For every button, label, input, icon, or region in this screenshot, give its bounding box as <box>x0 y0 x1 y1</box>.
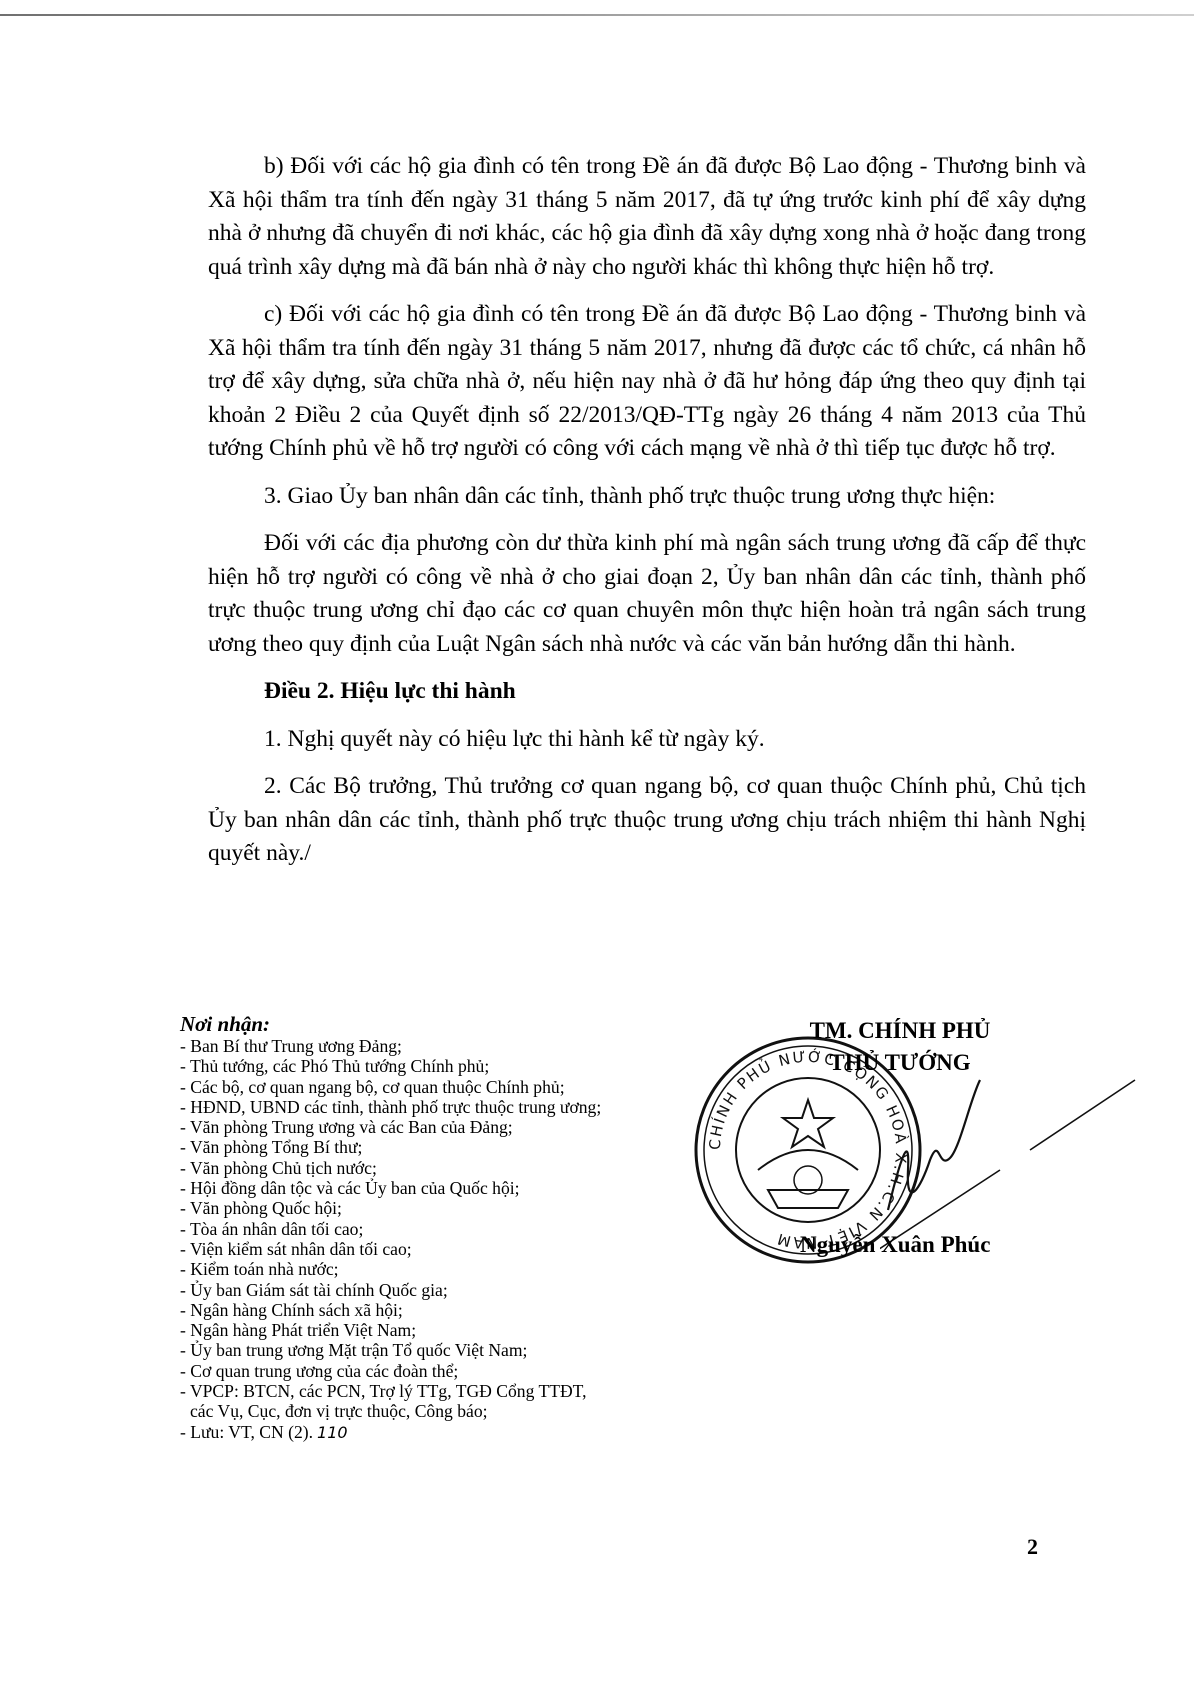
recipient-item: - VPCP: BTCN, các PCN, Trợ lý TTg, TGĐ C… <box>180 1381 740 1401</box>
signature-block: TM. CHÍNH PHỦ THỦ TƯỚNG <box>760 1015 1040 1079</box>
archive-line: - Lưu: VT, CN (2).110 <box>180 1422 740 1443</box>
signer-name: Nguyễn Xuân Phúc <box>800 1232 990 1258</box>
article-2-clause-2: 2. Các Bộ trưởng, Thủ trưởng cơ quan nga… <box>208 770 1086 871</box>
archive-handnote: 110 <box>317 1423 348 1442</box>
recipient-item: - Văn phòng Tổng Bí thư; <box>180 1137 740 1157</box>
recipient-item: - Ngân hàng Phát triển Việt Nam; <box>180 1320 740 1340</box>
page-number: 2 <box>1027 1534 1038 1560</box>
paragraph-3: 3. Giao Ủy ban nhân dân các tỉnh, thành … <box>208 480 1086 514</box>
paragraph-c: c) Đối với các hộ gia đình có tên trong … <box>208 298 1086 466</box>
recipient-item-continuation: các Vụ, Cục, đơn vị trực thuộc, Công báo… <box>180 1401 740 1421</box>
article-2-heading: Điều 2. Hiệu lực thi hành <box>208 675 1086 709</box>
recipient-item: - Hội đồng dân tộc và các Ủy ban của Quố… <box>180 1178 740 1198</box>
signature-title: THỦ TƯỚNG <box>760 1047 1040 1079</box>
recipient-item: - Văn phòng Chủ tịch nước; <box>180 1158 740 1178</box>
recipient-item: - Thủ tướng, các Phó Thủ tướng Chính phủ… <box>180 1056 740 1076</box>
scan-edge-line <box>0 14 1194 16</box>
recipient-item: - Kiểm toán nhà nước; <box>180 1259 740 1279</box>
signature-authority: TM. CHÍNH PHỦ <box>760 1015 1040 1047</box>
recipient-item: - Tòa án nhân dân tối cao; <box>180 1219 740 1239</box>
recipients-block: Nơi nhận: - Ban Bí thư Trung ương Đảng; … <box>180 1012 740 1443</box>
recipient-item: - Ủy ban trung ương Mặt trận Tổ quốc Việ… <box>180 1340 740 1360</box>
paragraph-b: b) Đối với các hộ gia đình có tên trong … <box>208 150 1086 284</box>
recipient-item: - Các bộ, cơ quan ngang bộ, cơ quan thuộ… <box>180 1077 740 1097</box>
recipient-item: - Văn phòng Quốc hội; <box>180 1198 740 1218</box>
recipient-item: - Ủy ban Giám sát tài chính Quốc gia; <box>180 1280 740 1300</box>
document-body: b) Đối với các hộ gia đình có tên trong … <box>208 150 1086 885</box>
recipient-item: - HĐND, UBND các tỉnh, thành phố trực th… <box>180 1097 740 1117</box>
recipient-item: - Viện kiểm sát nhân dân tối cao; <box>180 1239 740 1259</box>
paragraph-3-detail: Đối với các địa phương còn dư thừa kinh … <box>208 527 1086 661</box>
recipient-item: - Văn phòng Trung ương và các Ban của Đả… <box>180 1117 740 1137</box>
recipient-item: - Ban Bí thư Trung ương Đảng; <box>180 1036 740 1056</box>
recipient-item: - Ngân hàng Chính sách xã hội; <box>180 1300 740 1320</box>
archive-text: - Lưu: VT, CN (2). <box>180 1422 313 1442</box>
recipient-item: - Cơ quan trung ương của các đoàn thể; <box>180 1361 740 1381</box>
article-2-clause-1: 1. Nghị quyết này có hiệu lực thi hành k… <box>208 723 1086 757</box>
recipients-title: Nơi nhận: <box>180 1012 740 1036</box>
